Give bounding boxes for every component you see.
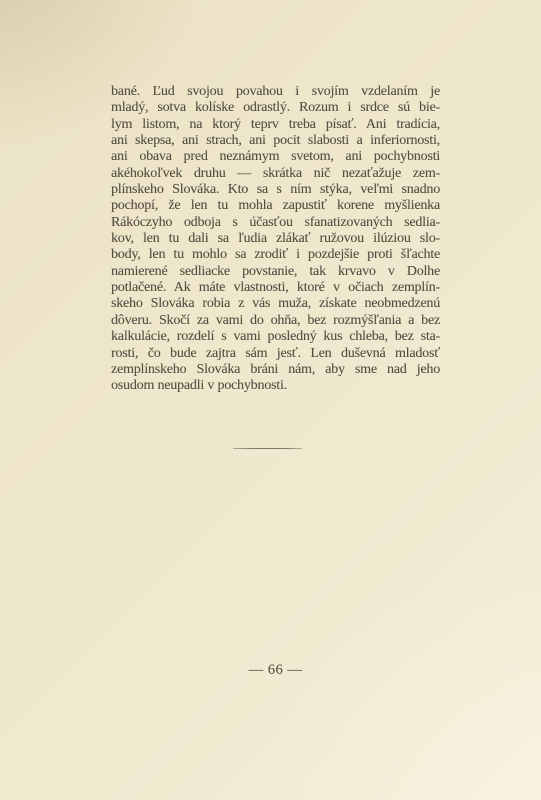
text-line: osudom neupadli v pochybnosti. — [111, 378, 440, 394]
text-line: skeho Slováka robia z vás muža, získate … — [111, 296, 440, 312]
text-line: pochopí, že len tu mohla zapustiť korene… — [111, 198, 440, 214]
text-line: ani obava pred neznámym svetom, ani poch… — [111, 149, 440, 165]
text-line: namierené sedliacke povstanie, tak krvav… — [111, 264, 440, 280]
text-line: kov, len tu dali sa ľudia zlákať ružovou… — [111, 231, 440, 247]
text-line: rosti, čo bude zajtra sám jesť. Len duše… — [111, 346, 440, 362]
text-line: akéhokoľvek druhu — skrátka nič nezaťažu… — [111, 166, 440, 182]
body-text: bané. Ľud svojou povahou i svojím vzdela… — [111, 84, 440, 395]
text-line: kalkulácie, rozdelí s vami posledný kus … — [111, 329, 440, 345]
book-page-scan: bané. Ľud svojou povahou i svojím vzdela… — [0, 0, 541, 800]
text-line: mladý, sotva kolíske odrastlý. Rozum i s… — [111, 100, 440, 116]
text-line: plínskeho Slováka. Kto sa s ním stýka, v… — [111, 182, 440, 198]
text-line: lym listom, na ktorý teprv treba písať. … — [111, 117, 440, 133]
page-number: — 66 — — [111, 662, 440, 679]
text-line: ani skepsa, ani strach, ani pocit slabos… — [111, 133, 440, 149]
text-line: potlačené. Ak máte vlastnosti, ktoré v o… — [111, 280, 440, 296]
text-line: body, len tu mohlo sa zrodiť i pozdejšie… — [111, 247, 440, 263]
text-line: zemplínskeho Slováka bráni nám, aby sme … — [111, 362, 440, 378]
text-line: dôveru. Skočí za vami do ohňa, bez rozmý… — [111, 313, 440, 329]
text-line: Rákóczyho odboja s účasťou sfanatizovaný… — [111, 215, 440, 231]
section-divider-rule — [233, 448, 302, 449]
text-line: bané. Ľud svojou povahou i svojím vzdela… — [111, 84, 440, 100]
